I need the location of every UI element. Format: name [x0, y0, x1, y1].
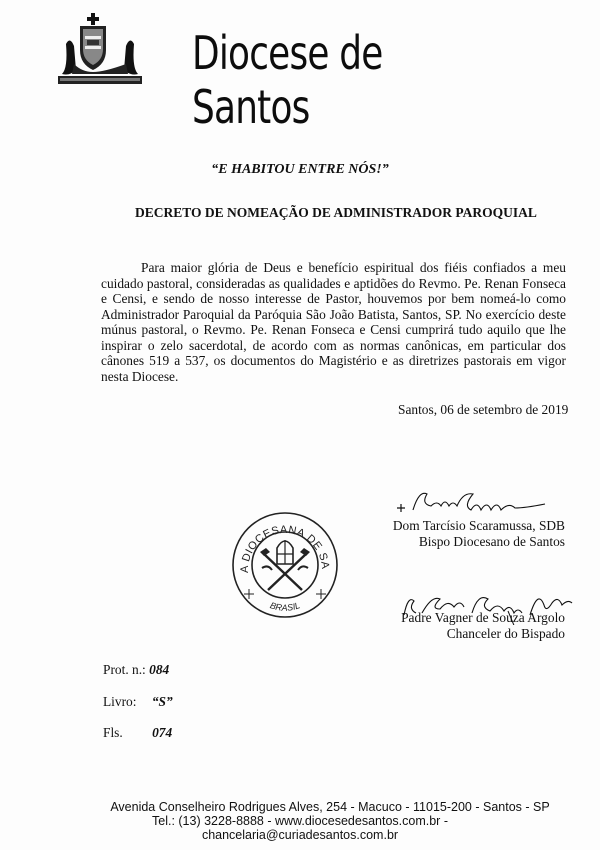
signatory-bishop: Dom Tarcísio Scaramussa, SDB Bispo Dioce…	[393, 518, 565, 550]
curia-seal-stamp: CURIA DIOCESANA DE SANTOS BRASIL	[230, 510, 340, 620]
registry-book: Livro: “S”	[103, 694, 173, 710]
signatory-name: Dom Tarcísio Scaramussa, SDB	[393, 518, 565, 534]
decree-title: DECRETO DE NOMEAÇÃO DE ADMINISTRADOR PAR…	[135, 205, 595, 221]
seal-bottom-text: BRASIL	[269, 600, 302, 613]
footer-contact: Tel.: (13) 3228-8888 - www.diocesedesant…	[0, 814, 600, 828]
motto: “E HABITOU ENTRE NÓS!”	[55, 162, 545, 178]
letterhead-footer: Avenida Conselheiro Rodrigues Alves, 254…	[0, 800, 600, 842]
diocese-brand-title: Diocese de Santos	[192, 26, 510, 134]
registry-protocol: Prot. n.: 084	[103, 662, 169, 678]
diocese-coat-of-arms-icon	[58, 10, 142, 90]
book-label: Livro:	[103, 694, 136, 709]
signatory-role: Chanceler do Bispado	[401, 626, 565, 642]
footer-address: Avenida Conselheiro Rodrigues Alves, 254…	[0, 800, 600, 814]
pages-value: 074	[152, 725, 172, 740]
protocol-label: Prot. n.:	[103, 662, 146, 677]
svg-text:BRASIL: BRASIL	[269, 600, 302, 613]
pages-label: Fls.	[103, 725, 123, 740]
bishop-signature-icon	[395, 480, 575, 520]
protocol-value: 084	[149, 662, 169, 677]
signatory-chancellor: Padre Vagner de Souza Argolo Chanceler d…	[401, 610, 565, 642]
book-value: “S”	[152, 694, 173, 709]
registry-pages: Fls. 074	[103, 725, 172, 741]
decree-date: Santos, 06 de setembro de 2019	[398, 402, 568, 418]
signatory-role: Bispo Diocesano de Santos	[393, 534, 565, 550]
footer-email: chancelaria@curiadesantos.com.br	[0, 828, 600, 842]
signatory-name: Padre Vagner de Souza Argolo	[401, 610, 565, 626]
decree-body: Para maior glória de Deus e benefício es…	[101, 260, 566, 384]
